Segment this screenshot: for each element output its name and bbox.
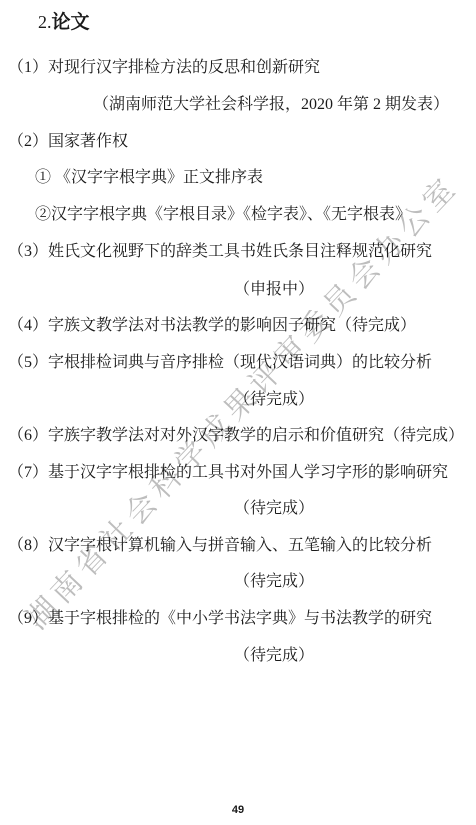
status-note-pending-4: （待完成） [234,646,314,666]
paper-list-item-2: （2）国家著作权 [8,132,128,152]
paper-list-item-9: （9）基于字根排检的《中小学书法字典》与书法教学的研究 [8,609,432,629]
status-note-pending-2: （待完成） [234,499,314,519]
paper-list-item-8: （8）汉字字根计算机输入与拼音输入、五笔输入的比较分析 [8,536,432,556]
copyright-sub-item-1: ① 《汉字字根字典》正文排序表 [35,168,263,188]
document-page: 湖南省社会科学成果评审委员会办公室 2.论文 （1）对现行汉字排检方法的反思和创… [0,0,476,825]
section-heading-number: 2. [38,12,52,32]
paper-list-item-4: （4）字族文教学法对书法教学的影响因子研究（待完成） [8,316,416,336]
paper-list-item-6: （6）字族字教学法对对外汉字教学的启示和价值研究（待完成） [8,426,464,446]
publication-note: （湖南师范大学社会科学报，2020 年第 2 期发表） [93,95,449,115]
paper-list-item-1: （1）对现行汉字排检方法的反思和创新研究 [8,58,320,78]
status-note-declaring: （申报中） [234,280,314,300]
page-number: 49 [0,804,476,816]
status-note-pending-3: （待完成） [234,572,314,592]
paper-list-item-3: （3）姓氏文化视野下的辞类工具书姓氏条目注释规范化研究 [8,242,432,262]
copyright-sub-item-2: ②汉字字根字典《字根目录》《检字表》、《无字根表》 [35,205,411,225]
paper-list-item-7: （7）基于汉字字根排检的工具书对外国人学习字形的影响研究 [8,463,448,483]
status-note-pending-1: （待完成） [234,390,314,410]
section-heading: 2.论文 [38,7,90,34]
paper-list-item-5: （5）字根排检词典与音序排检（现代汉语词典）的比较分析 [8,353,432,373]
section-heading-title: 论文 [52,12,90,33]
